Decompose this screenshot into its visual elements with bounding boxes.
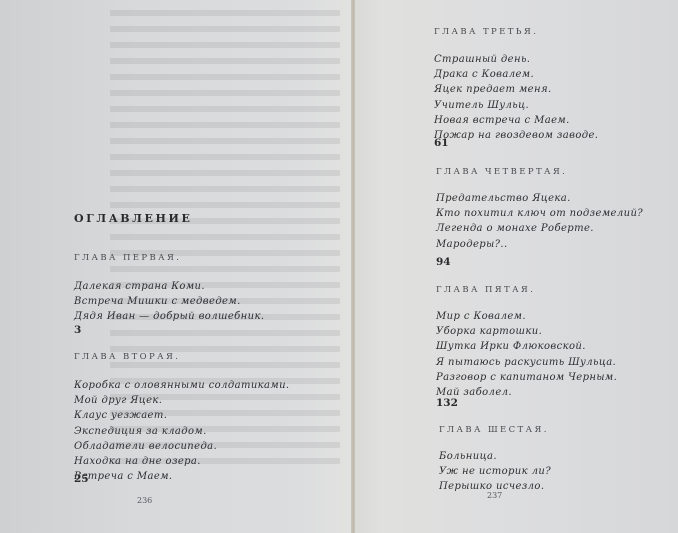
toc-entry: Драка с Ковалем. bbox=[434, 67, 598, 82]
toc-entry: Клаус уезжает. bbox=[74, 408, 290, 423]
toc-entry: Май заболел. bbox=[436, 385, 617, 400]
toc-entry: Коробка с оловянными солдатиками. bbox=[74, 378, 290, 393]
toc-entry: Новая встреча с Маем. bbox=[434, 113, 598, 128]
toc-entry: Разговор с капитаном Черным. bbox=[436, 370, 617, 385]
toc-entry: Мой друг Яцек. bbox=[74, 393, 290, 408]
toc-title: ОГЛАВЛЕНИЕ bbox=[74, 212, 192, 225]
toc-entry: Далекая страна Коми. bbox=[74, 279, 264, 294]
chapter-4-entries: Предательство Яцека. Кто похитил ключ от… bbox=[436, 191, 643, 252]
toc-entry: Пожар на гвоздевом заводе. bbox=[434, 128, 598, 143]
toc-entry: Кто похитил ключ от подземелий? bbox=[436, 206, 643, 221]
toc-entry: Учитель Шульц. bbox=[434, 98, 598, 113]
page-number-right: 237 bbox=[487, 491, 502, 500]
chapter-heading-6: ГЛАВА ШЕСТАЯ. bbox=[439, 425, 549, 435]
toc-entry: Обладатели велосипеда. bbox=[74, 439, 290, 454]
left-page: ОГЛАВЛЕНИЕ ГЛАВА ПЕРВАЯ. Далекая страна … bbox=[0, 0, 352, 533]
toc-entry: Уж не историк ли? bbox=[439, 464, 551, 479]
toc-entry: Шутка Ирки Флюковской. bbox=[436, 339, 617, 354]
toc-entry: Встреча Мишки с медведем. bbox=[74, 294, 264, 309]
chapter-heading-4: ГЛАВА ЧЕТВЕРТАЯ. bbox=[436, 167, 567, 177]
chapter-heading-5: ГЛАВА ПЯТАЯ. bbox=[436, 285, 535, 295]
chapter-1-entries: Далекая страна Коми. Встреча Мишки с мед… bbox=[74, 279, 264, 325]
toc-entry: Больница. bbox=[439, 449, 551, 464]
toc-entry: Уборка картошки. bbox=[436, 324, 617, 339]
chapter-3-page: 61 bbox=[434, 137, 449, 149]
toc-entry: Яцек предает меня. bbox=[434, 82, 598, 97]
chapter-5-entries: Мир с Ковалем. Уборка картошки. Шутка Ир… bbox=[436, 309, 617, 400]
chapter-1-page: 3 bbox=[74, 324, 81, 336]
chapter-heading-3: ГЛАВА ТРЕТЬЯ. bbox=[434, 27, 538, 37]
toc-entry: Мародеры?.. bbox=[436, 237, 643, 252]
page-number-left: 236 bbox=[137, 496, 152, 505]
chapter-4-page: 94 bbox=[436, 256, 451, 268]
toc-entry: Предательство Яцека. bbox=[436, 191, 643, 206]
chapter-heading-1: ГЛАВА ПЕРВАЯ. bbox=[74, 253, 181, 263]
toc-entry: Экспедиция за кладом. bbox=[74, 424, 290, 439]
toc-entry: Находка на дне озера. bbox=[74, 454, 290, 469]
toc-entry: Легенда о монахе Роберте. bbox=[436, 221, 643, 236]
chapter-3-entries: Страшный день. Драка с Ковалем. Яцек пре… bbox=[434, 52, 598, 143]
toc-entry: Дядя Иван — добрый волшебник. bbox=[74, 309, 264, 324]
chapter-heading-2: ГЛАВА ВТОРАЯ. bbox=[74, 352, 180, 362]
chapter-2-entries: Коробка с оловянными солдатиками. Мой др… bbox=[74, 378, 290, 484]
chapter-5-page: 132 bbox=[436, 397, 458, 409]
toc-entry: Мир с Ковалем. bbox=[436, 309, 617, 324]
right-page: ГЛАВА ТРЕТЬЯ. Страшный день. Драка с Ков… bbox=[355, 0, 678, 533]
chapter-2-page: 25 bbox=[74, 473, 89, 485]
toc-entry: Я пытаюсь раскусить Шульца. bbox=[436, 355, 617, 370]
chapter-6-entries: Больница. Уж не историк ли? Перышко исче… bbox=[439, 449, 551, 495]
toc-entry: Встреча с Маем. bbox=[74, 469, 290, 484]
toc-entry: Страшный день. bbox=[434, 52, 598, 67]
